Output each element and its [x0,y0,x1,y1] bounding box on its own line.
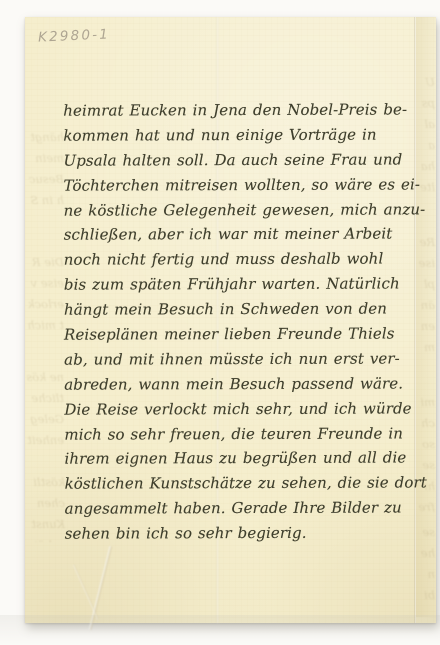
letter-photograph: K2980-1 hängt mein Besuch in Schweden vo… [0,0,440,645]
letter-line: bis zum späten Frühjahr warten. Natürlic… [64,272,434,298]
letter-line: ne köstliche Gelegenheit gewesen, mich a… [64,197,434,223]
letter-line: Upsala halten soll. Da auch seine Frau u… [63,147,433,173]
letter-line: schließen, aber ich war mit meiner Arbei… [64,222,434,248]
letter-line: Reiseplänen meiner lieben Freunde Thiels [64,321,434,347]
letter-line: Die Reise verlockt mich sehr, und ich wü… [64,396,434,422]
ink-showthrough: hängt mein Besuch in Schweden von den [26,127,64,213]
letter-line: angesammelt haben. Gerade Ihre Bilder zu [65,496,435,522]
letter-line: noch nicht fertig und muss deshalb wohl [64,247,434,273]
letter-line: abreden, wann mein Besuch passend wäre. [64,371,434,397]
letter-line: ab, und mit ihnen müsste ich nun erst ve… [64,346,434,372]
letter-line: köstlichen Kunstschätze zu sehen, die si… [65,471,435,497]
letter-line: sehen bin ich so sehr begierig. [65,520,435,546]
letter-line: Töchterchen mitreisen wollten, so wäre e… [63,172,433,198]
catalog-number: K2980-1 [38,26,111,45]
letter-line: heimrat Eucken in Jena den Nobel-Preis b… [63,97,433,123]
letter-page: K2980-1 hängt mein Besuch in Schweden vo… [25,17,436,623]
letter-line: kommen hat und nun einige Vorträge in [63,122,433,148]
letter-line: ihrem eignen Haus zu begrüßen und all di… [64,446,434,472]
diagonal-crease [73,564,99,620]
letter-line: mich so sehr freuen, die teuren Freunde … [64,421,434,447]
letter-line: hängt mein Besuch in Schweden von den [64,296,434,322]
diagonal-crease [89,546,113,630]
ink-showthrough: ne köstliche Gelegenheit gewesen, mich a… [26,367,64,453]
ink-showthrough: Die Reise verlockt mich sehr, und ich wü… [26,252,64,338]
letter-text-block: heimrat Eucken in Jena den Nobel-Preis b… [63,97,435,546]
ink-showthrough: köstlichen Kunstschätze zu sehen, die si… [27,472,65,542]
